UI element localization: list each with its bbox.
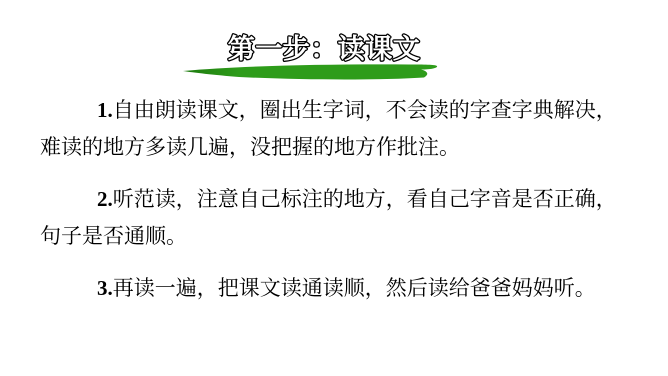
instruction-text-1: 自由朗读课文，圈出生字词，不会读的字查字典解决，难读的地方多读几遍，没把握的地方… — [40, 98, 617, 159]
title-underline-brush-stroke — [179, 61, 441, 83]
step-number-2: 2. — [97, 187, 113, 211]
instruction-paragraph-2: 2.听范读，注意自己标注的地方，看自己字音是否正确，句子是否通顺。 — [40, 181, 634, 255]
slide-background: 第一步：读课文 1.自由朗读课文，圈出生字词，不会读的字查字典解决，难读的地方多… — [0, 0, 668, 376]
brush-stroke-shape — [183, 64, 437, 79]
instruction-text-3: 再读一遍，把课文读通读顺，然后读给爸爸妈妈听。 — [113, 276, 596, 300]
instruction-paragraph-3: 3.再读一遍，把课文读通读顺，然后读给爸爸妈妈听。 — [40, 270, 634, 307]
step-number-3: 3. — [97, 276, 113, 300]
instruction-paragraph-1: 1.自由朗读课文，圈出生字词，不会读的字查字典解决，难读的地方多读几遍，没把握的… — [40, 92, 634, 166]
instructions-block: 1.自由朗读课文，圈出生字词，不会读的字查字典解决，难读的地方多读几遍，没把握的… — [40, 92, 634, 322]
step-number-1: 1. — [97, 98, 113, 122]
instruction-text-2: 听范读，注意自己标注的地方，看自己字音是否正确，句子是否通顺。 — [40, 187, 617, 248]
